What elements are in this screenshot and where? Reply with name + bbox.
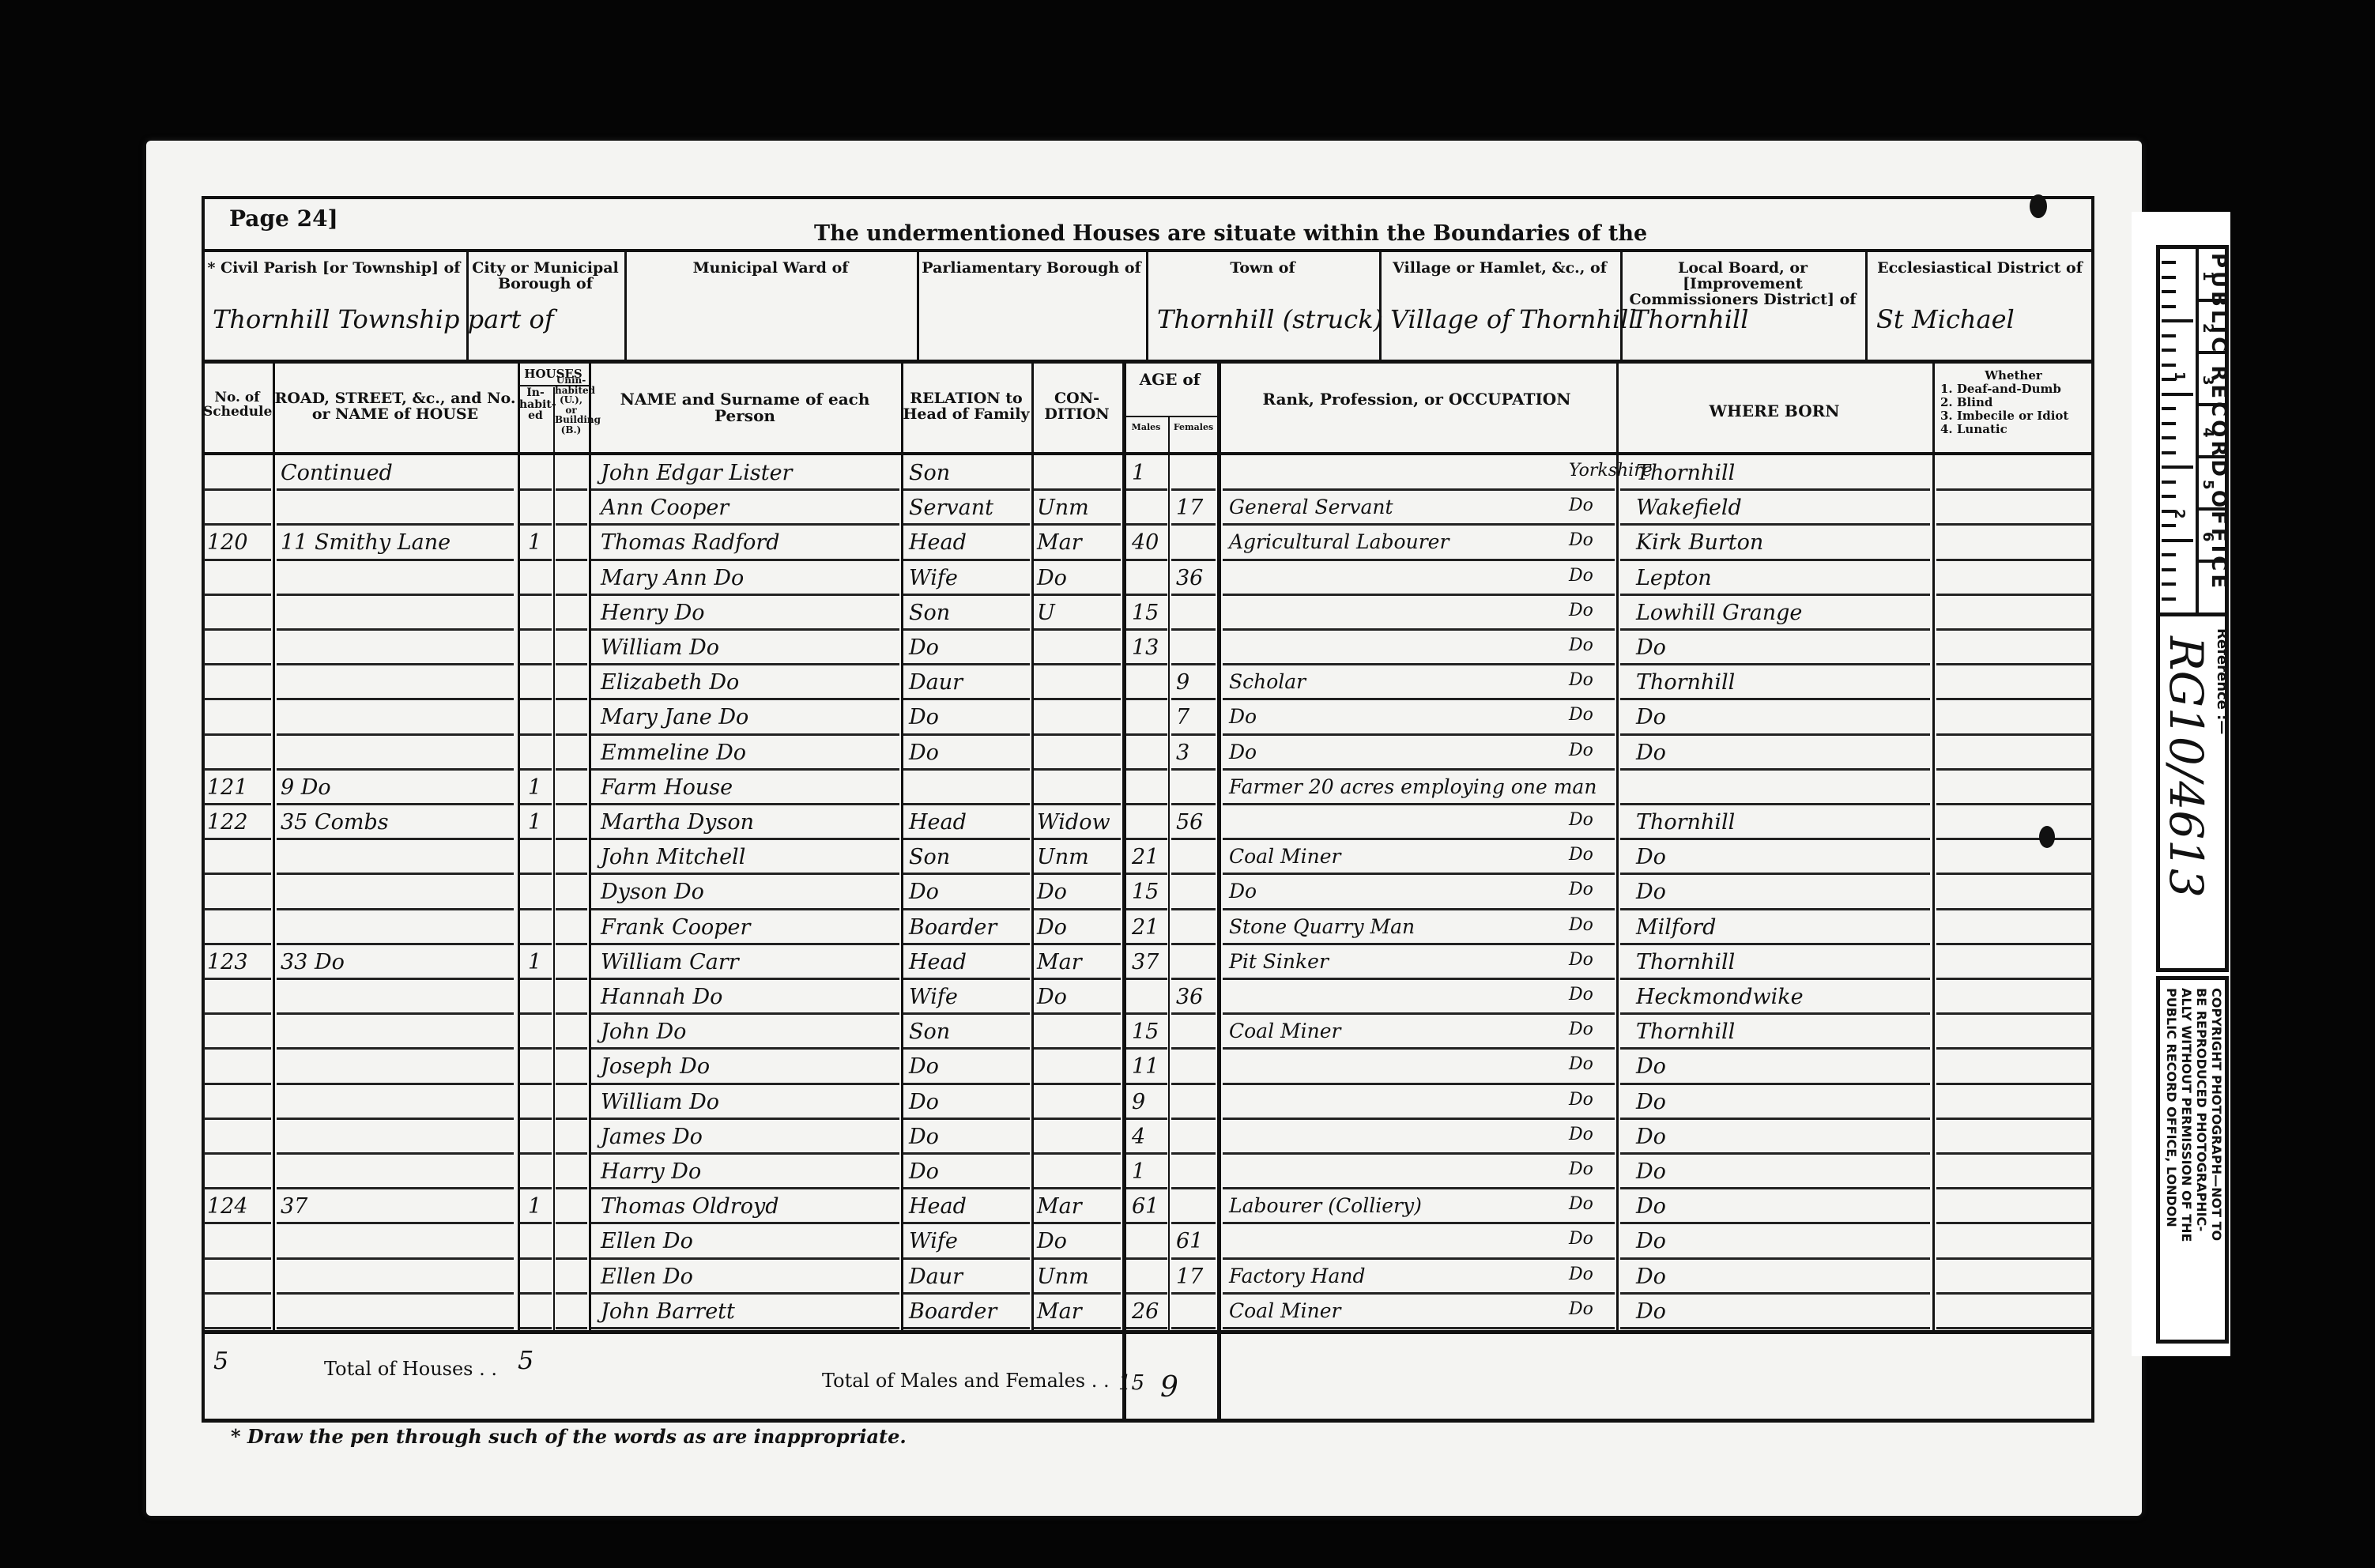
row-rule xyxy=(520,559,552,561)
row-rule xyxy=(1034,1257,1121,1260)
row-rule xyxy=(1126,628,1167,631)
birth-county: Do xyxy=(1569,1265,1593,1284)
row-rule xyxy=(1034,628,1121,631)
row-rule xyxy=(277,488,514,491)
males-header: Males xyxy=(1125,423,1167,432)
boundary-value: St Michael xyxy=(1876,304,2015,334)
row-rule xyxy=(591,523,899,526)
row-rule xyxy=(903,1292,1030,1295)
birth-county: Do xyxy=(1569,635,1593,655)
row-rule xyxy=(556,803,587,805)
relation: Son xyxy=(909,845,950,869)
total-males: 15 xyxy=(1118,1371,1144,1395)
schedule-number: 122 xyxy=(207,810,248,835)
row-rule xyxy=(1126,768,1167,771)
copyright-line: PUBLIC RECORD OFFICE, LONDON xyxy=(2164,988,2179,1227)
row-rule xyxy=(556,1257,587,1260)
row-rule xyxy=(1620,838,1930,840)
person-name: Emmeline Do xyxy=(601,741,746,765)
column-header-label: Rank, Profession, or OCCUPATION xyxy=(1219,391,1615,408)
page-number: Page 24] xyxy=(229,207,338,230)
ruler-tick xyxy=(2162,582,2176,586)
row-rule xyxy=(1171,838,1216,840)
where-born: Do xyxy=(1636,880,1666,904)
column-divider xyxy=(553,387,555,1330)
row-rule xyxy=(903,1222,1030,1224)
column-divider xyxy=(1031,364,1034,1330)
row-rule xyxy=(1223,698,1615,700)
relation: Boarder xyxy=(909,915,997,940)
where-born: Kirk Burton xyxy=(1636,530,1763,555)
birth-county: Do xyxy=(1569,845,1593,865)
row-rule xyxy=(556,523,587,526)
row-rule xyxy=(1034,1327,1121,1329)
where-born: Lepton xyxy=(1636,566,1712,590)
female-age: 7 xyxy=(1176,705,1189,729)
row-rule xyxy=(1034,838,1121,840)
female-age: 17 xyxy=(1176,496,1203,520)
row-rule xyxy=(903,943,1030,945)
birth-county: Do xyxy=(1569,1020,1593,1039)
row-rule xyxy=(903,663,1030,665)
row-rule xyxy=(903,838,1030,840)
row-rule xyxy=(1171,768,1216,771)
punch-hole xyxy=(2030,194,2047,218)
person-name: Dyson Do xyxy=(601,880,704,904)
ruler-tick xyxy=(2162,393,2193,396)
row-rule xyxy=(556,733,587,736)
row-rule xyxy=(1223,733,1615,736)
row-rule xyxy=(1126,1152,1167,1155)
row-rule xyxy=(204,768,271,771)
row-rule xyxy=(903,1118,1030,1120)
row-rule xyxy=(903,1327,1030,1329)
column-divider xyxy=(1168,417,1170,1330)
occupation: Coal Miner xyxy=(1229,1299,1340,1322)
row-rule xyxy=(1936,559,2093,561)
relation: Wife xyxy=(909,566,958,590)
row-rule xyxy=(1223,1257,1615,1260)
person-name: Ellen Do xyxy=(601,1265,693,1289)
column-header-label: Unin-habited (U.), or Building (B.) xyxy=(555,375,587,435)
condition: Mar xyxy=(1037,950,1082,974)
row-rule xyxy=(277,1118,514,1120)
row-rule xyxy=(1620,1152,1930,1155)
person-name: Elizabeth Do xyxy=(601,670,739,695)
row-rule xyxy=(1223,873,1615,875)
schedule-number: 124 xyxy=(207,1194,248,1219)
condition: Mar xyxy=(1037,1194,1082,1219)
row-rule xyxy=(1171,1292,1216,1295)
row-rule xyxy=(277,803,514,805)
relation: Do xyxy=(909,1054,939,1079)
row-rule xyxy=(1171,1257,1216,1260)
row-rule xyxy=(1034,1222,1121,1224)
row-rule xyxy=(591,488,899,491)
row-rule xyxy=(520,873,552,875)
row-rule xyxy=(1620,1292,1930,1295)
row-rule xyxy=(591,1187,899,1189)
person-name: Farm House xyxy=(601,775,733,800)
relation: Do xyxy=(909,880,939,904)
row-rule xyxy=(204,594,271,596)
row-rule xyxy=(1126,663,1167,665)
copyright-line: ALLY WITHOUT PERMISSION OF THE xyxy=(2179,988,2194,1242)
row-rule xyxy=(277,978,514,980)
person-name: Mary Ann Do xyxy=(601,566,744,590)
row-rule xyxy=(1171,698,1216,700)
row-rule xyxy=(556,1292,587,1295)
row-rule xyxy=(903,628,1030,631)
ruler-cm-label: 2 xyxy=(2200,323,2216,334)
person-name: John Do xyxy=(601,1020,686,1044)
row-rule xyxy=(1936,1047,2093,1050)
ruler-tick xyxy=(2162,597,2176,601)
row-rule xyxy=(1126,1083,1167,1085)
male-age: 4 xyxy=(1132,1125,1145,1149)
row-rule xyxy=(556,908,587,910)
row-rule xyxy=(1223,908,1615,910)
male-age: 11 xyxy=(1132,1054,1159,1079)
schedule-number: 121 xyxy=(207,775,248,800)
row-rule xyxy=(204,943,271,945)
row-rule xyxy=(1034,873,1121,875)
row-rule xyxy=(556,1083,587,1085)
column-divider xyxy=(1217,364,1221,1419)
boundary-divider xyxy=(624,252,627,360)
condition: Mar xyxy=(1037,1299,1082,1324)
total-houses-label: Total of Houses . . xyxy=(324,1359,497,1379)
ruler-cm-line xyxy=(2196,299,2229,302)
ruler-cm-label: 4 xyxy=(2200,428,2216,438)
birth-county: Do xyxy=(1569,1090,1593,1110)
column-header-label: RELATION to Head of Family xyxy=(903,391,1030,423)
row-rule xyxy=(1171,1187,1216,1189)
relation: Do xyxy=(909,1159,939,1184)
row-rule xyxy=(1223,768,1615,771)
row-rule xyxy=(1223,1327,1615,1329)
row-rule xyxy=(1936,803,2093,805)
row-rule xyxy=(204,908,271,910)
where-born: Do xyxy=(1636,1090,1666,1114)
relation: Daur xyxy=(909,1265,963,1289)
row-rule xyxy=(1126,1222,1167,1224)
person-name: Ann Cooper xyxy=(601,496,729,520)
row-rule xyxy=(1171,523,1216,526)
row-rule xyxy=(1126,978,1167,980)
row-rule xyxy=(1223,628,1615,631)
row-rule xyxy=(1126,523,1167,526)
row-rule xyxy=(556,1047,587,1050)
row-rule xyxy=(520,1292,552,1295)
row-rule xyxy=(277,873,514,875)
where-born: Do xyxy=(1636,845,1666,869)
row-rule xyxy=(903,1083,1030,1085)
row-rule xyxy=(1171,559,1216,561)
ruler-cm-label: 6 xyxy=(2200,532,2216,542)
row-rule xyxy=(1034,908,1121,910)
row-rule xyxy=(520,1012,552,1015)
ruler-cm-label: 5 xyxy=(2200,480,2216,490)
birth-county: Do xyxy=(1569,880,1593,899)
row-rule xyxy=(1171,943,1216,945)
male-age: 15 xyxy=(1132,601,1159,625)
row-rule xyxy=(591,803,899,805)
age-divider xyxy=(1122,416,1217,417)
row-rule xyxy=(1126,733,1167,736)
row-rule xyxy=(1126,1327,1167,1329)
row-rule xyxy=(903,523,1030,526)
person-name: John Barrett xyxy=(601,1299,735,1324)
boundary-value: Thornhill xyxy=(1631,304,1748,334)
row-rule xyxy=(1223,1152,1615,1155)
female-age: 9 xyxy=(1176,670,1189,695)
ruler-cm-label: 3 xyxy=(2200,375,2216,386)
row-rule xyxy=(1936,733,2093,736)
where-born: Milford xyxy=(1636,915,1716,940)
row-rule xyxy=(591,873,899,875)
row-rule xyxy=(1620,1118,1930,1120)
row-rule xyxy=(1126,1012,1167,1015)
person-name: Henry Do xyxy=(601,601,705,625)
row-rule xyxy=(1620,1327,1930,1329)
row-rule xyxy=(1223,1118,1615,1120)
row-rule xyxy=(1126,488,1167,491)
occupation: Do xyxy=(1229,741,1257,763)
females-header: Females xyxy=(1171,423,1216,432)
row-rule xyxy=(1936,523,2093,526)
row-rule xyxy=(1936,1222,2093,1224)
male-age: 15 xyxy=(1132,880,1159,904)
male-age: 40 xyxy=(1132,530,1159,555)
where-born: Do xyxy=(1636,1159,1666,1184)
row-rule xyxy=(1620,698,1930,700)
row-rule xyxy=(1936,1152,2093,1155)
condition: Unm xyxy=(1037,496,1089,520)
row-rule xyxy=(1620,908,1930,910)
boundary-label: Local Board, or [Improvement Commissione… xyxy=(1625,261,1860,308)
row-rule xyxy=(1034,768,1121,771)
where-born: Do xyxy=(1636,1125,1666,1149)
row-rule xyxy=(204,1327,271,1329)
ruler-tick xyxy=(2162,407,2176,410)
row-rule xyxy=(591,1257,899,1260)
column-divider xyxy=(518,364,520,1330)
reference-value: RG10/4613 xyxy=(2159,636,2213,898)
male-age: 37 xyxy=(1132,950,1159,974)
row-rule xyxy=(520,488,552,491)
ruler-tick xyxy=(2162,495,2176,498)
row-rule xyxy=(1171,873,1216,875)
ruler-cm-line xyxy=(2196,560,2229,563)
ruler-tick xyxy=(2162,436,2176,439)
person-name: James Do xyxy=(601,1125,703,1149)
row-rule xyxy=(1223,978,1615,980)
birth-county: Do xyxy=(1569,670,1593,690)
row-rule xyxy=(204,1012,271,1015)
row-rule xyxy=(1223,838,1615,840)
row-rule xyxy=(1620,628,1930,631)
row-rule xyxy=(591,943,899,945)
occupation: Pit Sinker xyxy=(1229,950,1329,973)
where-born: Do xyxy=(1636,1265,1666,1289)
boundary-label: * Civil Parish [or Township] of xyxy=(206,261,462,277)
person-name: Thomas Radford xyxy=(601,530,780,555)
row-rule xyxy=(1223,1012,1615,1015)
row-rule xyxy=(1223,1187,1615,1189)
row-rule xyxy=(204,663,271,665)
row-rule xyxy=(591,1222,899,1224)
infirmity-header: 1. Deaf-and-Dumb xyxy=(1940,383,2090,396)
column-header-label: In-habit-ed xyxy=(519,387,552,422)
occupation: Labourer (Colliery) xyxy=(1229,1194,1422,1217)
row-rule xyxy=(556,943,587,945)
row-rule xyxy=(591,628,899,631)
row-rule xyxy=(1223,523,1615,526)
ruler-cm-line xyxy=(2196,507,2229,511)
birth-county: Do xyxy=(1569,1229,1593,1249)
column-header-label: ROAD, STREET, &c., and No. or NAME of HO… xyxy=(274,391,516,423)
row-rule xyxy=(204,733,271,736)
row-rule xyxy=(591,1012,899,1015)
male-age: 21 xyxy=(1132,915,1159,940)
row-rule xyxy=(1620,663,1930,665)
row-rule xyxy=(204,978,271,980)
where-born: Heckmondwike xyxy=(1636,985,1804,1009)
row-rule xyxy=(1223,1292,1615,1295)
birth-county: Do xyxy=(1569,915,1593,935)
relation: Daur xyxy=(909,670,963,695)
person-name: John Mitchell xyxy=(601,845,745,869)
row-rule xyxy=(1936,873,2093,875)
relation: Do xyxy=(909,741,939,765)
row-rule xyxy=(1620,559,1930,561)
column-divider xyxy=(273,364,275,1330)
row-rule xyxy=(1034,803,1121,805)
column-divider xyxy=(589,364,591,1330)
row-rule xyxy=(1034,1152,1121,1155)
occupation: Stone Quarry Man xyxy=(1229,915,1415,938)
relation: Head xyxy=(909,1194,967,1219)
row-rule xyxy=(277,1012,514,1015)
male-age: 26 xyxy=(1132,1299,1159,1324)
infirmity-header: 2. Blind xyxy=(1940,397,2090,409)
row-rule xyxy=(903,1152,1030,1155)
row-rule xyxy=(1620,978,1930,980)
row-rule xyxy=(277,1292,514,1295)
row-rule xyxy=(1620,1257,1930,1260)
infirmity-header: Whether xyxy=(1936,370,2090,383)
where-born: Do xyxy=(1636,1054,1666,1079)
ruler-tick xyxy=(2162,481,2176,484)
row-rule xyxy=(277,733,514,736)
row-rule xyxy=(1034,733,1121,736)
row-rule xyxy=(277,559,514,561)
row-rule xyxy=(591,1047,899,1050)
ruler-cm-line xyxy=(2196,351,2229,354)
column-header-label: WHERE BORN xyxy=(1618,403,1931,420)
birth-county: Do xyxy=(1569,601,1593,620)
relation: Do xyxy=(909,705,939,729)
row-rule xyxy=(1171,733,1216,736)
ruler-tick xyxy=(2162,524,2176,527)
ruler-tick xyxy=(2162,568,2176,571)
row-rule xyxy=(591,1083,899,1085)
row-rule xyxy=(1223,488,1615,491)
row-rule xyxy=(1171,803,1216,805)
row-rule xyxy=(204,1083,271,1085)
row-rule xyxy=(277,1257,514,1260)
person-name: William Do xyxy=(601,635,719,660)
row-rule xyxy=(1171,1222,1216,1224)
row-rule xyxy=(903,978,1030,980)
ruler-cm-line xyxy=(2196,403,2229,406)
row-rule xyxy=(903,1012,1030,1015)
row-rule xyxy=(1936,908,2093,910)
row-rule xyxy=(204,803,271,805)
punch-hole xyxy=(2039,826,2055,848)
boundary-value: Thornhill Township part of xyxy=(213,304,554,334)
row-rule xyxy=(1126,594,1167,596)
row-rule xyxy=(204,1222,271,1224)
relation: Servant xyxy=(909,496,993,520)
boundary-label: Town of xyxy=(1151,261,1374,277)
where-born: Wakefield xyxy=(1636,496,1742,520)
male-age: 13 xyxy=(1132,635,1159,660)
ruler-tick xyxy=(2162,276,2176,279)
row-rule xyxy=(1034,1012,1121,1015)
row-rule xyxy=(903,488,1030,491)
inhabited-count: 1 xyxy=(528,530,541,555)
row-rule xyxy=(556,978,587,980)
row-rule xyxy=(1126,908,1167,910)
row-rule xyxy=(204,698,271,700)
condition: Widow xyxy=(1037,810,1110,835)
row-rule xyxy=(1620,523,1930,526)
row-rule xyxy=(520,594,552,596)
road-address: Continued xyxy=(281,461,393,485)
row-rule xyxy=(903,698,1030,700)
row-rule xyxy=(204,523,271,526)
boundary-label: Village or Hamlet, &c., of xyxy=(1384,261,1615,277)
schedule-number: 120 xyxy=(207,530,248,555)
row-rule xyxy=(1034,559,1121,561)
row-rule xyxy=(1620,803,1930,805)
row-rule xyxy=(520,803,552,805)
row-rule xyxy=(1223,1222,1615,1224)
row-rule xyxy=(277,908,514,910)
row-rule xyxy=(1223,1083,1615,1085)
row-rule xyxy=(1126,1187,1167,1189)
female-age: 3 xyxy=(1176,741,1189,765)
relation: Son xyxy=(909,601,950,625)
row-rule xyxy=(1126,1047,1167,1050)
ruler-inch-label: 2 xyxy=(2171,509,2188,519)
row-rule xyxy=(556,663,587,665)
column-divider xyxy=(1122,364,1126,1419)
row-rule xyxy=(520,1152,552,1155)
condition: Mar xyxy=(1037,530,1082,555)
occupation: Do xyxy=(1229,705,1257,728)
row-rule xyxy=(1620,488,1930,491)
row-rule xyxy=(520,768,552,771)
person-name: Martha Dyson xyxy=(601,810,754,835)
row-rule xyxy=(1620,594,1930,596)
row-rule xyxy=(556,559,587,561)
relation: Head xyxy=(909,530,967,555)
boundary-divider xyxy=(1379,252,1382,360)
column-header-label: AGE of xyxy=(1124,371,1216,388)
